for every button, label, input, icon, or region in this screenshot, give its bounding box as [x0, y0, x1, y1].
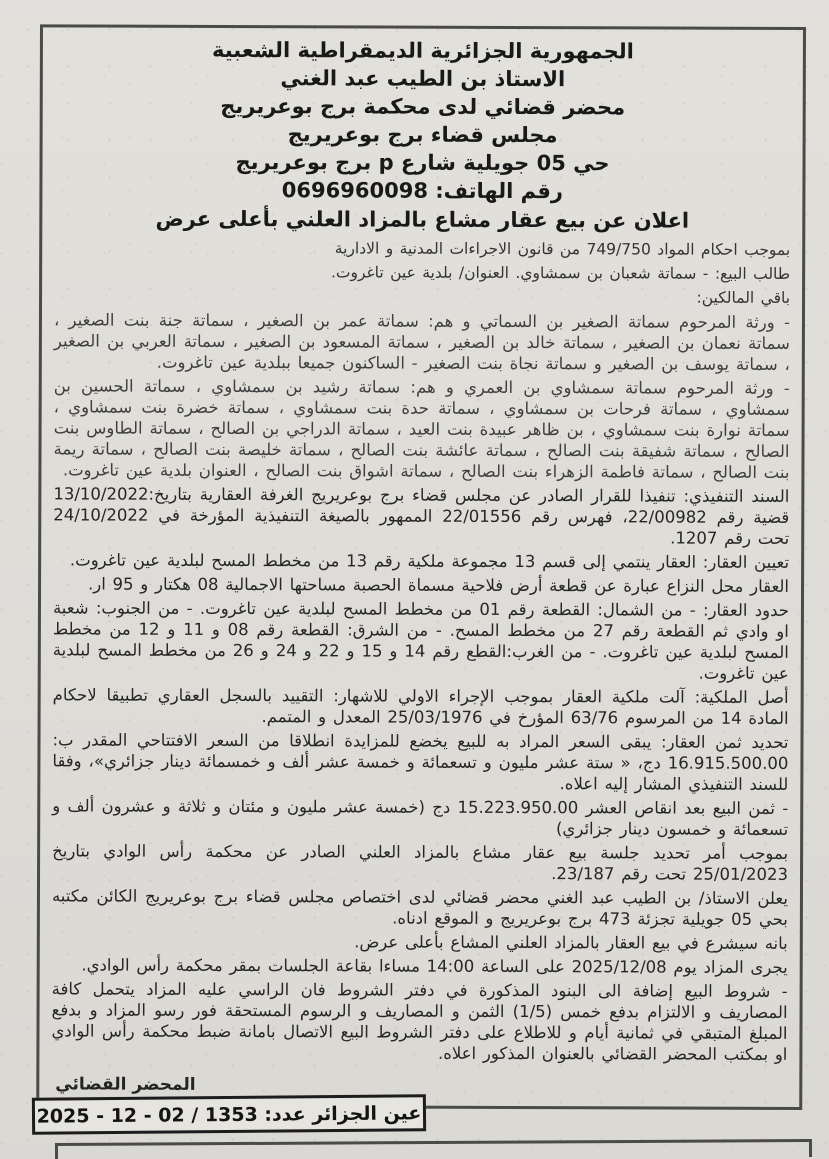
sale-requester-paragraph: طالب البيع: - سماتة شعبان بن سمشاوي. الع… [54, 261, 790, 285]
header-office-address: حي 05 جويلية شارع p برج بوعريريج [54, 147, 790, 178]
header-bailiff-role: محضر قضائي لدى محكمة برج بوعريريج [55, 91, 791, 122]
ownership-origin-paragraph: أصل الملكية: آلت ملكية العقار بموجب الإج… [53, 684, 789, 729]
co-owners-label: باقي المالكين: [54, 285, 790, 309]
session-order-paragraph: بموجب أمر تحديد جلسة بيع عقار مشاع بالمز… [52, 840, 788, 885]
newspaper-issue-box: عين الجزائر عدد: 1353 / 02 - 12 - 2025 [32, 1094, 426, 1134]
executive-deed-paragraph: السند التنفيذي: تنفيذا للقرار الصادر عن … [53, 483, 789, 549]
header-phone-number: رقم الهاتف: 0696960098 [54, 175, 790, 206]
heirs-list-1: - ورثة المرحوم سماتة الصغير بن السماتي و… [54, 309, 790, 375]
property-boundaries-paragraph: حدود العقار: - من الشمال: القطعة رقم 01 … [53, 597, 789, 684]
newspaper-issue-text: عين الجزائر عدد: 1353 / 02 - 12 - 2025 [37, 1102, 422, 1127]
legal-basis-paragraph: بموجب احكام المواد 749/750 من قانون الاج… [54, 237, 790, 261]
header-republic-line: الجمهورية الجزائرية الديمقراطية الشعبية [55, 35, 791, 66]
property-designation-paragraph: تعيين العقار: العقار ينتمي إلى قسم 13 مج… [53, 549, 789, 573]
announcement-title: اعلان عن بيع عقار مشاع بالمزاد العلني بأ… [54, 203, 790, 236]
auction-date-paragraph: يجرى المزاد يوم 2025/12/08 على الساعة 14… [52, 954, 788, 978]
bailiff-declaration-paragraph: يعلن الاستاذ/ بن الطيب عبد الغني محضر قض… [52, 885, 788, 930]
header-bailiff-name: الاستاذ بن الطيب عبد الغني [55, 63, 791, 94]
document-border-frame: الجمهورية الجزائرية الديمقراطية الشعبية … [36, 24, 806, 1110]
letterhead: الجمهورية الجزائرية الديمقراطية الشعبية … [54, 35, 791, 236]
auction-start-paragraph: بانه سيشرع في بيع العقار بالمزاد العلني … [52, 930, 788, 954]
announcement-body: بموجب احكام المواد 749/750 من قانون الاج… [51, 237, 790, 1065]
header-court-council: مجلس قضاء برج بوعريريج [55, 119, 791, 150]
scanned-legal-announcement-page: الجمهورية الجزائرية الديمقراطية الشعبية … [0, 0, 829, 1159]
heirs-list-2: - ورثة المرحوم سماتة سمشاوي بن العمري و … [53, 375, 789, 483]
opening-price-paragraph: تحديد ثمن العقار: يبقى السعر المراد به ل… [52, 729, 788, 795]
next-announcement-box-partial [55, 1139, 812, 1159]
sale-conditions-paragraph: - شروط البيع إضافة الى البنود المذكورة ف… [51, 978, 787, 1065]
reduced-price-paragraph: - ثمن البيع بعد انقاص العشر 15.223.950.0… [52, 795, 788, 840]
property-description-paragraph: العقار محل النزاع عبارة عن قطعة أرض فلاح… [53, 573, 789, 597]
bailiff-signature: المحضر القضائي [55, 1074, 195, 1094]
